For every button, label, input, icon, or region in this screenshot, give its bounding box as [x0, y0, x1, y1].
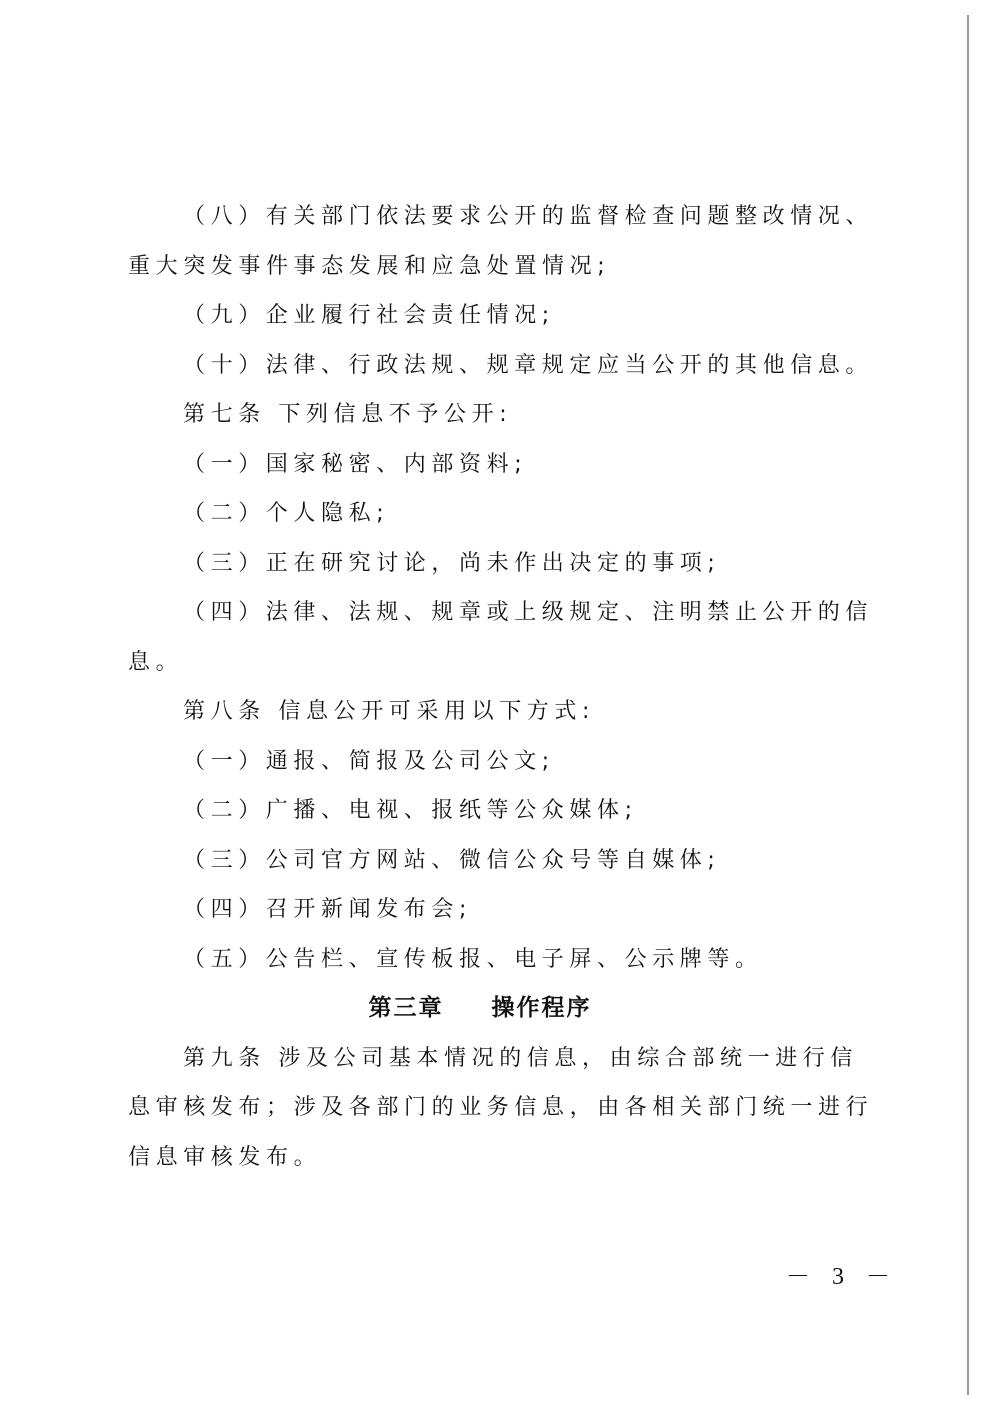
clause-8-line-2: 重大突发事件事态发展和应急处置情况; — [128, 242, 852, 292]
article-9-line-3: 信息审核发布。 — [128, 1133, 852, 1183]
article-8-item-4: （四）召开新闻发布会; — [128, 885, 852, 935]
article-8-heading: 第八条 信息公开可采用以下方式: — [128, 687, 852, 737]
clause-10: （十）法律、行政法规、规章规定应当公开的其他信息。 — [128, 341, 852, 391]
article-8-item-5: （五）公告栏、宣传板报、电子屏、公示牌等。 — [128, 935, 852, 985]
article-8-item-1: （一）通报、简报及公司公文; — [128, 737, 852, 787]
article-7-item-4-line-2: 息。 — [128, 638, 852, 688]
clause-8-line-1: （八）有关部门依法要求公开的监督检查问题整改情况、 — [128, 192, 852, 242]
article-7-item-3: （三）正在研究讨论，尚未作出决定的事项; — [128, 539, 852, 589]
page-edge-line — [967, 15, 969, 1395]
chapter-title: 操作程序 — [492, 995, 592, 1021]
article-8-item-3: （三）公司官方网站、微信公众号等自媒体; — [128, 836, 852, 886]
article-9-line-1: 第九条 涉及公司基本情况的信息，由综合部统一进行信 — [128, 1034, 852, 1084]
article-9-line-2: 息审核发布；涉及各部门的业务信息，由各相关部门统一进行 — [128, 1083, 852, 1133]
article-8-item-2: （二）广播、电视、报纸等公众媒体; — [128, 786, 852, 836]
article-7-item-2: （二）个人隐私; — [128, 489, 852, 539]
chapter-number: 第三章 — [369, 995, 444, 1021]
document-body: （八）有关部门依法要求公开的监督检查问题整改情况、 重大突发事件事态发展和应急处… — [128, 192, 852, 1182]
clause-9: （九）企业履行社会责任情况; — [128, 291, 852, 341]
article-7-item-4-line-1: （四）法律、法规、规章或上级规定、注明禁止公开的信 — [128, 588, 852, 638]
page-number: － 3 － — [786, 1256, 898, 1291]
document-page: （八）有关部门依法要求公开的监督检查问题整改情况、 重大突发事件事态发展和应急处… — [0, 0, 992, 1403]
article-7-item-1: （一）国家秘密、内部资料; — [128, 440, 852, 490]
article-7-heading: 第七条 下列信息不予公开: — [128, 390, 852, 440]
chapter-heading: 第三章操作程序 — [128, 984, 852, 1034]
